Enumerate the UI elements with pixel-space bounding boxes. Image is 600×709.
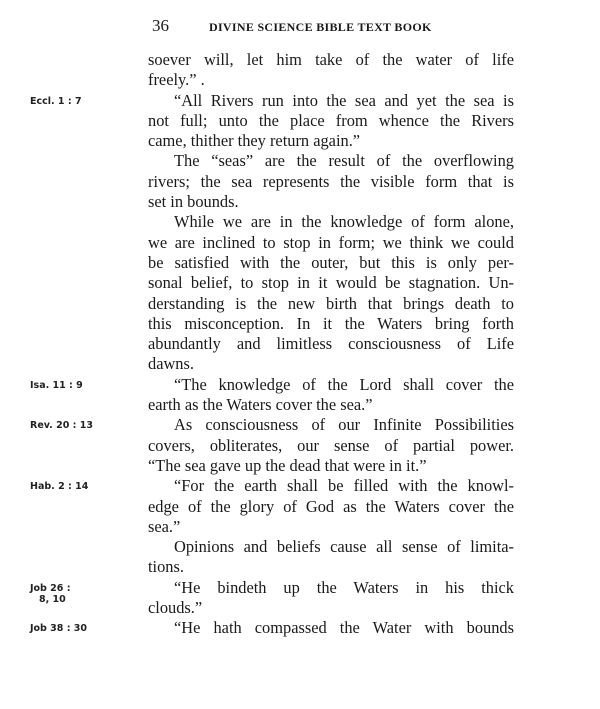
text-line: derstanding is the new birth that brings…	[148, 294, 514, 314]
line-text: clouds.”	[148, 598, 202, 617]
line-text: abundantly and limitless consciousness o…	[148, 334, 514, 354]
text-line: tions.	[148, 557, 514, 577]
line-text: “The knowledge of the Lord shall cover t…	[174, 375, 514, 395]
scripture-reference: Job 38 : 30	[30, 623, 87, 635]
text-line: earth as the Waters cover the sea.”	[148, 395, 514, 415]
text-line: freely.” .	[148, 70, 514, 90]
line-text: “For the earth shall be filled with the …	[174, 476, 514, 496]
text-line: “For the earth shall be filled with the …	[148, 476, 514, 496]
line-text: The “seas” are the result of the overflo…	[174, 151, 514, 171]
line-text: dawns.	[148, 354, 194, 373]
book-page: 36 DIVINE SCIENCE BIBLE TEXT BOOK soever…	[0, 0, 600, 709]
line-text: “He bindeth up the Waters in his thick	[174, 578, 514, 598]
text-line: we are inclined to stop in form; we thin…	[148, 233, 514, 253]
scripture-reference: Rev. 20 : 13	[30, 420, 93, 432]
line-text: tions.	[148, 557, 184, 576]
text-line: “He hath compassed the Water with bounds…	[148, 618, 514, 638]
text-line: soever will, let him take of the water o…	[148, 50, 514, 70]
scripture-reference: Eccl. 1 : 7	[30, 96, 82, 108]
line-text: not full; unto the place from whence the…	[148, 111, 514, 131]
scripture-reference: Hab. 2 : 14	[30, 481, 88, 493]
line-text: sonal belief, to stop in it would be sta…	[148, 273, 514, 293]
scripture-reference-verses: 8, 10	[39, 594, 66, 606]
line-text: came, thither they return again.”	[148, 131, 360, 150]
line-text: “All Rivers run into the sea and yet the…	[174, 91, 514, 111]
text-line: “He bindeth up the Waters in his thickJo…	[148, 578, 514, 598]
line-text: we are inclined to stop in form; we thin…	[148, 233, 514, 253]
text-line: came, thither they return again.”	[148, 131, 514, 151]
line-text: “He hath compassed the Water with bounds	[174, 618, 514, 638]
page-body: soever will, let him take of the water o…	[148, 50, 514, 639]
text-line: As consciousness of our Infinite Possibi…	[148, 415, 514, 435]
line-text: As consciousness of our Infinite Possibi…	[174, 415, 514, 435]
text-line: “All Rivers run into the sea and yet the…	[148, 91, 514, 111]
text-line: rivers; the sea represents the visible f…	[148, 172, 514, 192]
text-line: sea.”	[148, 517, 514, 537]
text-line: While we are in the knowledge of form al…	[148, 212, 514, 232]
line-text: freely.” .	[148, 70, 205, 89]
text-line: abundantly and limitless consciousness o…	[148, 334, 514, 354]
line-text: “The sea gave up the dead that were in i…	[148, 456, 427, 475]
line-text: set in bounds.	[148, 192, 239, 211]
scripture-reference: Isa. 11 : 9	[30, 380, 83, 392]
line-text: be satisfied with the outer, but this is…	[148, 253, 514, 273]
running-head: DIVINE SCIENCE BIBLE TEXT BOOK	[209, 20, 432, 35]
line-text: covers, obliterates, our sense of partia…	[148, 436, 514, 456]
text-line: “The sea gave up the dead that were in i…	[148, 456, 514, 476]
text-line: this misconception. In it the Waters bri…	[148, 314, 514, 334]
text-line: covers, obliterates, our sense of partia…	[148, 436, 514, 456]
text-line: sonal belief, to stop in it would be sta…	[148, 273, 514, 293]
line-text: sea.”	[148, 517, 180, 536]
line-text: this misconception. In it the Waters bri…	[148, 314, 514, 334]
line-text: earth as the Waters cover the sea.”	[148, 395, 373, 414]
line-text: derstanding is the new birth that brings…	[148, 294, 514, 314]
text-line: The “seas” are the result of the overflo…	[148, 151, 514, 171]
page-number: 36	[152, 16, 169, 36]
line-text: edge of the glory of God as the Waters c…	[148, 497, 514, 517]
text-line: edge of the glory of God as the Waters c…	[148, 497, 514, 517]
text-line: “The knowledge of the Lord shall cover t…	[148, 375, 514, 395]
line-text: rivers; the sea represents the visible f…	[148, 172, 514, 192]
text-line: set in bounds.	[148, 192, 514, 212]
text-line: clouds.”	[148, 598, 514, 618]
text-line: dawns.	[148, 354, 514, 374]
line-text: Opinions and beliefs cause all sense of …	[174, 537, 514, 557]
line-text: While we are in the knowledge of form al…	[174, 212, 514, 232]
page-header: 36 DIVINE SCIENCE BIBLE TEXT BOOK	[152, 16, 532, 36]
text-line: Opinions and beliefs cause all sense of …	[148, 537, 514, 557]
text-line: be satisfied with the outer, but this is…	[148, 253, 514, 273]
text-line: not full; unto the place from whence the…	[148, 111, 514, 131]
line-text: soever will, let him take of the water o…	[148, 50, 514, 70]
